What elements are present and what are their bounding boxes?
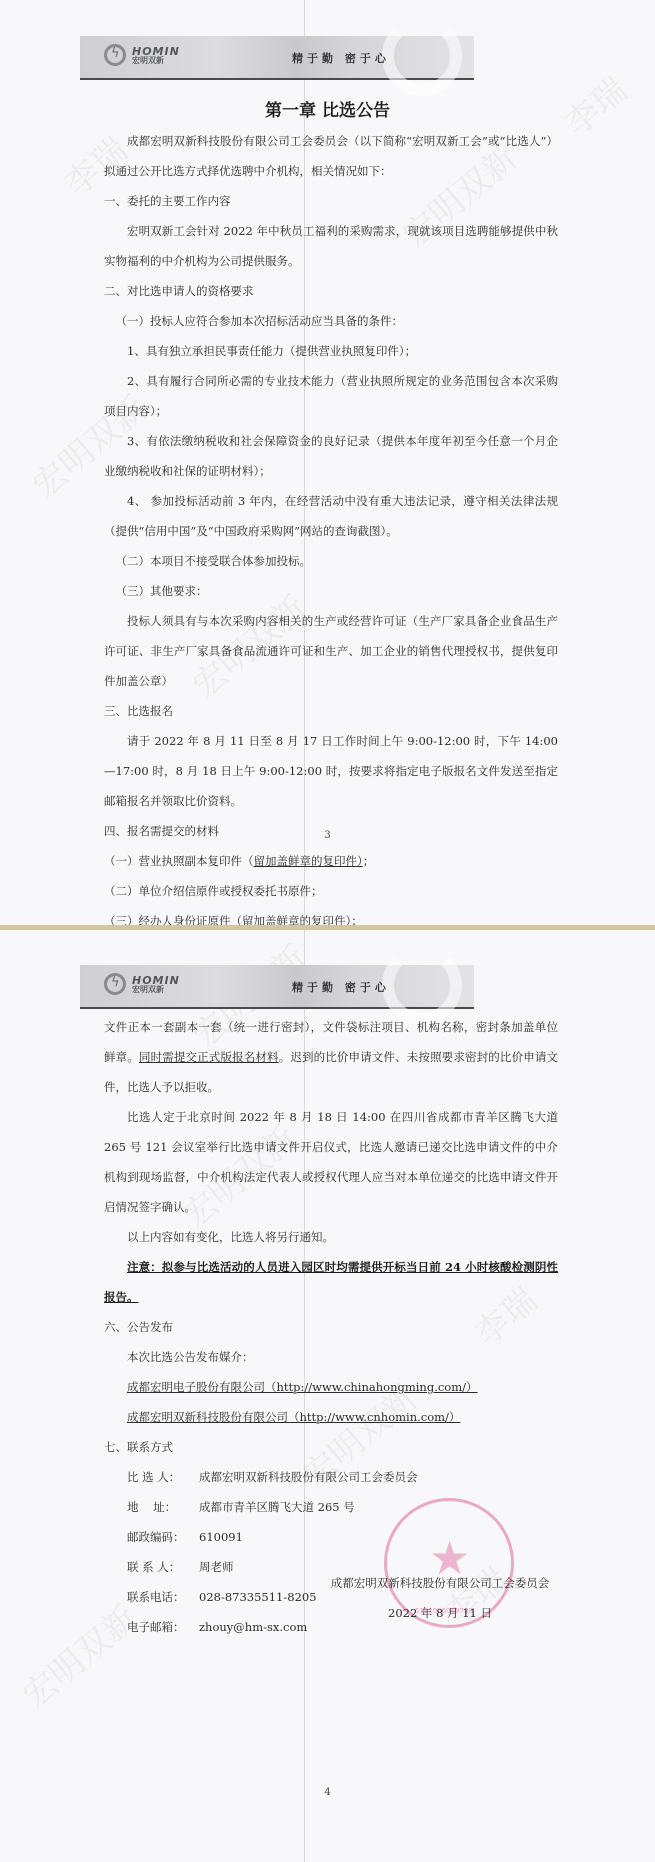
section-2-sub-c-body: 投标人须具有与本次采购内容相关的生产或经营许可证（生产厂家具备企业食品生产许可证… bbox=[104, 606, 558, 696]
underlined-note: 同时需提交正式版报名材料 bbox=[139, 1050, 279, 1064]
section-3-body: 请于 2022 年 8 月 11 日至 8 月 17 日工作时间上午 9:00-… bbox=[104, 726, 558, 816]
underlined-note: 留加盖鲜章的复印件） bbox=[254, 854, 363, 868]
banner-arc-decoration bbox=[382, 16, 462, 96]
requirement-item: 3、有依法缴纳税收和社会保障资金的良好记录（提供本年度年初至今任意一个月企业缴纳… bbox=[104, 426, 558, 486]
material-item: （一）营业执照副本复印件（留加盖鲜章的复印件）； bbox=[104, 846, 558, 876]
section-6-heading: 六、公告发布 bbox=[104, 1312, 558, 1342]
motto: 精于勤 密于心 bbox=[292, 50, 390, 66]
company-logo: HOMIN 宏明双新 bbox=[104, 973, 180, 995]
covid-notice: 注意：拟参与比选活动的人员进入园区时均需提供开标当日前 24 小时核酸检测阴性报… bbox=[104, 1252, 558, 1312]
header-banner: HOMIN 宏明双新 精于勤 密于心 bbox=[80, 965, 474, 1009]
chapter-title: 第一章 比选公告 bbox=[0, 96, 655, 121]
continuation-paragraph: 文件正本一套副本一套（统一进行密封），文件袋标注项目、机构名称，密封条加盖单位鲜… bbox=[104, 1012, 558, 1102]
section-1-body: 宏明双新工会针对 2022 年中秋员工福利的采购需求，现就该项目选聘能够提供中秋… bbox=[104, 216, 558, 276]
requirement-item: 2、具有履行合同所必需的专业技术能力（营业执照所规定的业务范围包含本次采购项目内… bbox=[104, 366, 558, 426]
logo-en: HOMIN bbox=[132, 46, 180, 57]
company-logo: HOMIN 宏明双新 bbox=[104, 44, 180, 66]
material-item: （二）单位介绍信原件或授权委托书原件； bbox=[104, 876, 558, 906]
logo-en: HOMIN bbox=[132, 975, 180, 986]
section-2-heading: 二、对比选申请人的资格要求 bbox=[104, 276, 558, 306]
media-label: 本次比选公告发布媒介： bbox=[104, 1342, 558, 1372]
section-1-heading: 一、委托的主要工作内容 bbox=[104, 186, 558, 216]
email-link[interactable]: zhouy@hm-sx.com bbox=[199, 1612, 307, 1642]
signature-date: 2022 年 8 月 11 日 bbox=[300, 1598, 580, 1628]
section-3-heading: 三、比选报名 bbox=[104, 696, 558, 726]
requirement-item: 1、具有独立承担民事责任能力（提供营业执照复印件）； bbox=[104, 336, 558, 366]
signature-org: 成都宏明双新科技股份有限公司工会委员会 bbox=[300, 1568, 580, 1598]
link-chinahongming[interactable]: 成都宏明电子股份有限公司（http://www.chinahongming.co… bbox=[127, 1380, 478, 1394]
logo-icon bbox=[104, 973, 126, 995]
section-2-sub-a: （一）投标人应符合参加本次招标活动应当具备的条件： bbox=[104, 306, 558, 336]
document-page-3: 李瑞 宏明双新 宏明双新 宏明双新 李瑞 HOMIN 宏明双新 精于勤 密于心 … bbox=[0, 0, 655, 925]
logo-cn: 宏明双新 bbox=[132, 57, 180, 65]
contact-row-bidder: 比 选 人：成都宏明双新科技股份有限公司工会委员会 bbox=[104, 1462, 558, 1492]
section-2-sub-c: （三）其他要求： bbox=[104, 576, 558, 606]
logo-icon bbox=[104, 44, 126, 66]
intro-paragraph: 成都宏明双新科技股份有限公司工会委员会（以下简称“宏明双新工会”或“比选人”）拟… bbox=[104, 126, 558, 186]
requirement-item: 4、 参加投标活动前 3 年内，在经营活动中没有重大违法记录，遵守相关法律法规（… bbox=[104, 486, 558, 546]
page-number: 4 bbox=[0, 1787, 655, 1798]
changes-paragraph: 以上内容如有变化，比选人将另行通知。 bbox=[104, 1222, 558, 1252]
section-2-sub-b: （二）本项目不接受联合体参加投标。 bbox=[104, 546, 558, 576]
motto: 精于勤 密于心 bbox=[292, 979, 390, 995]
page1-body: 成都宏明双新科技股份有限公司工会委员会（以下简称“宏明双新工会”或“比选人”）拟… bbox=[104, 126, 558, 1026]
opening-paragraph: 比选人定于北京时间 2022 年 8 月 18 日 14:00 在四川省成都市青… bbox=[104, 1102, 558, 1222]
link-cnhomin[interactable]: 成都宏明双新科技股份有限公司（http://www.cnhomin.com/） bbox=[127, 1410, 460, 1424]
signature-block: 成都宏明双新科技股份有限公司工会委员会 2022 年 8 月 11 日 bbox=[300, 1568, 580, 1628]
logo-cn: 宏明双新 bbox=[132, 986, 180, 994]
section-7-heading: 七、联系方式 bbox=[104, 1432, 558, 1462]
header-banner: HOMIN 宏明双新 精于勤 密于心 bbox=[80, 36, 474, 80]
page-number: 3 bbox=[0, 830, 655, 841]
